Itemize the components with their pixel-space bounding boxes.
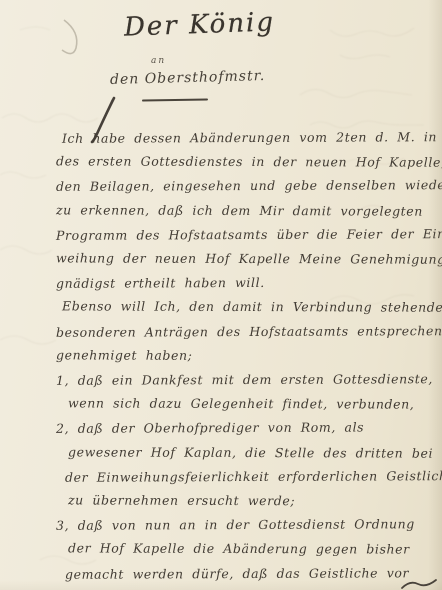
manuscript-line: der Hof Kapelle die Abänderung gegen bis… bbox=[56, 537, 440, 563]
manuscript-line: wenn sich dazu Gelegenheit findet, verbu… bbox=[56, 392, 440, 418]
document-title: Der König bbox=[124, 7, 275, 42]
manuscript-line: besonderen Anträgen des Hofstaatsamts en… bbox=[56, 319, 440, 345]
manuscript-line: genehmiget haben; bbox=[56, 343, 440, 369]
manuscript-line: gnädigst ertheilt haben will. bbox=[56, 270, 440, 296]
manuscript-line: gewesener Hof Kaplan, die Stelle des dri… bbox=[56, 440, 440, 466]
letter-body: Ich habe dessen Abänderungen vom 2ten d.… bbox=[56, 126, 440, 586]
connector-word: an bbox=[151, 56, 166, 66]
manuscript-line: Ich habe dessen Abänderungen vom 2ten d.… bbox=[56, 125, 440, 151]
manuscript-numbered-line-1: 1, daß ein Dankfest mit dem ersten Gotte… bbox=[56, 367, 440, 393]
manuscript-numbered-line-2: 2, daß der Oberhofprediger von Rom, als bbox=[56, 416, 440, 442]
paper-edge-shadow-right bbox=[428, 0, 442, 590]
paper-edge-shadow-bottom bbox=[0, 580, 442, 590]
manuscript-line: des ersten Gottesdienstes in der neuen H… bbox=[56, 150, 440, 176]
manuscript-line: den Beilagen, eingesehen und gebe densel… bbox=[56, 174, 440, 200]
manuscript-page: Der König an den Obersthofmstr. Ich habe… bbox=[0, 0, 442, 590]
manuscript-line: der Einweihungsfeierlichkeit erforderlic… bbox=[56, 464, 440, 490]
manuscript-line: weihung der neuen Hof Kapelle Meine Gene… bbox=[56, 246, 440, 272]
manuscript-line: zu erkennen, daß ich dem Mir damit vorge… bbox=[56, 198, 440, 224]
manuscript-line: Programm des Hofstaatsamts über die Feie… bbox=[56, 222, 440, 248]
manuscript-line: Ebenso will Ich, den damit in Verbindung… bbox=[56, 295, 440, 321]
manuscript-line: zu übernehmen ersucht werde; bbox=[56, 488, 440, 514]
manuscript-numbered-line-3: 3, daß von nun an in der Gottesdienst Or… bbox=[56, 512, 440, 538]
